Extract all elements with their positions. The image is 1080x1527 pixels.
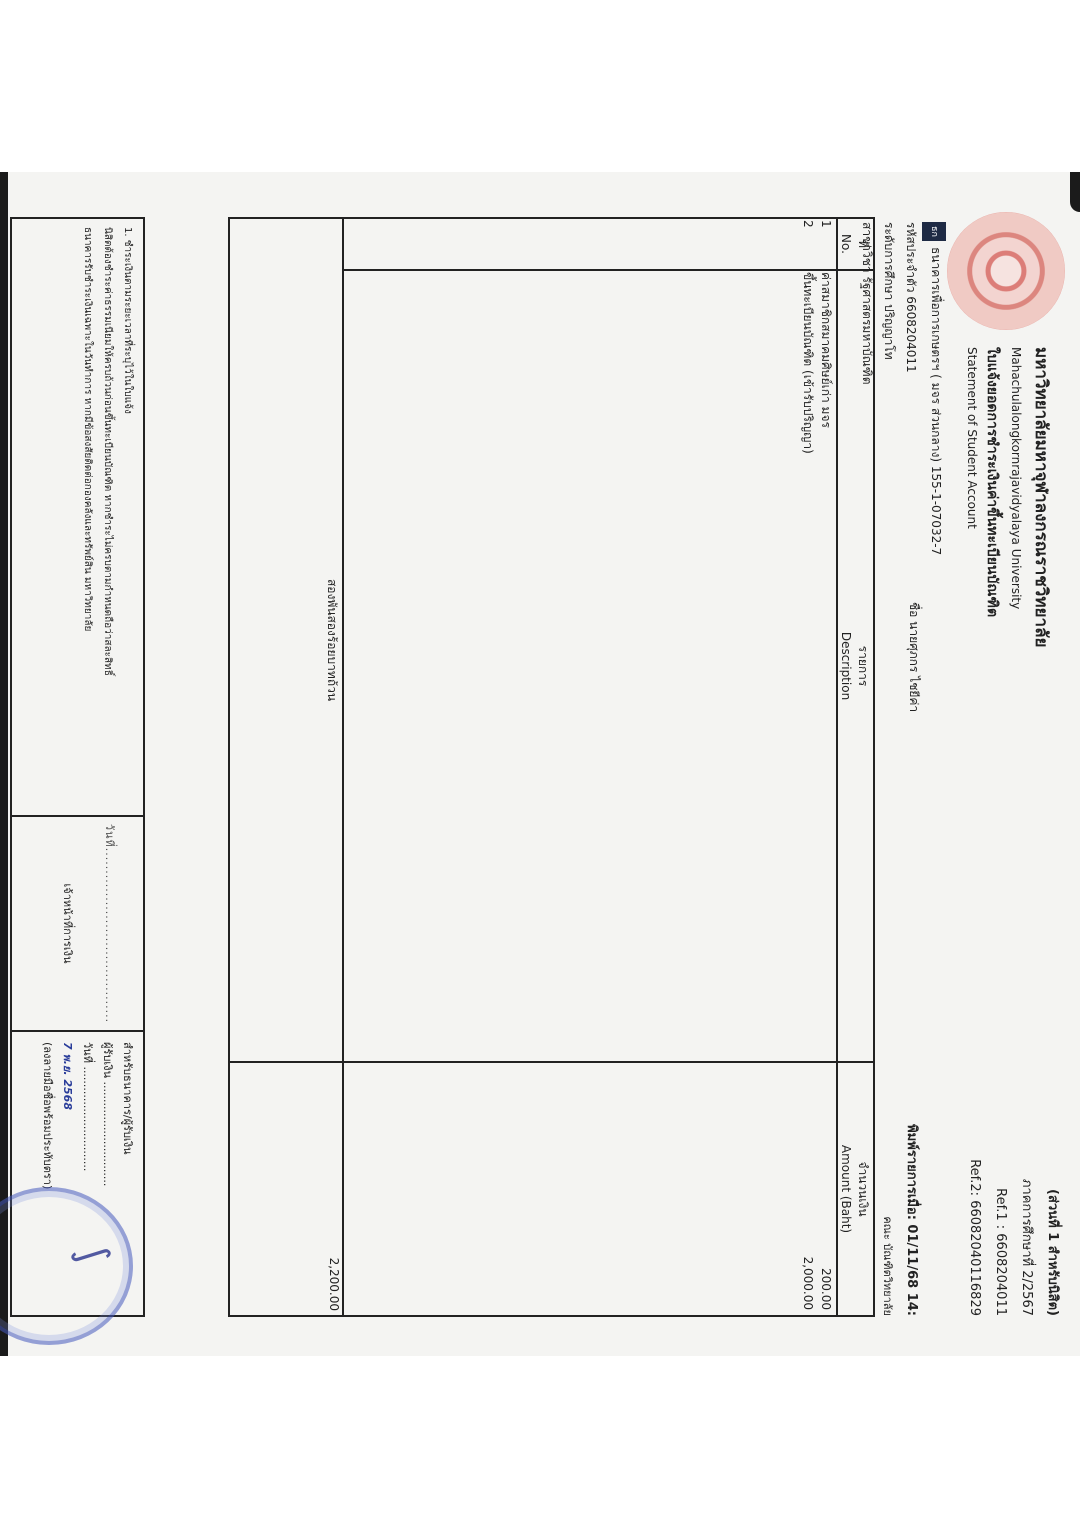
table-row-no: 1 [817,220,835,268]
officer-date: วันที่..................................… [101,817,119,1030]
table-body: 1 2 ค่าสมาชิกสมาคมศิษย์เก่า มจร ขึ้นทะเบ… [343,218,837,1316]
table-row-description: ค่าสมาชิกสมาคมศิษย์เก่า มจร [817,272,835,1060]
university-name-thai: มหาวิทยาลัยมหาจุฬาลงกรณราชวิทยาลัย [1028,347,1055,647]
finance-officer-box: วันที่..................................… [10,817,145,1032]
education-level: ระดับการศึกษา ปริญญาโท [878,222,900,555]
document-title-thai: ใบแจ้งยอดการชำระเงินค่าขึ้นทะเบียนบัณฑิต [981,347,1003,617]
table-header: ที่ No. รายการ Description จำนวนเงิน Amo… [837,218,874,1316]
column-description: รายการ Description [837,270,874,1062]
table-row-description: ขึ้นทะเบียนบัณฑิต (เข้ารับปริญญา) [799,272,817,1060]
total-row: สองพันสองร้อยบาทถ้วน 2,200.00 [229,218,343,1316]
column-no: ที่ No. [837,218,874,270]
document-title-english: Statement of Student Account [965,347,979,529]
university-name-english: Mahachulalongkornrajavidyalaya Universit… [1009,347,1023,609]
column-amount: จำนวนเงิน Amount (Baht) [837,1062,874,1316]
university-logo-icon [947,212,1065,330]
bank-logo-icon: ธก [922,222,946,241]
note-line: ธนาคารรับชำระเงินเฉพาะในวันทำการ หากมีข้… [77,227,97,807]
officer-label: เจ้าหน้าที่การเงิน [59,817,77,1030]
reference-block: (ส่วนที่ 1 สำหรับนิสิต) ภาคการศึกษาที่ 2… [961,1159,1065,1316]
table-row-amount: 200.00 [817,1064,835,1314]
student-id: รหัสประจำตัว 6608204011 [900,222,922,555]
student-name: ชื่อ นายศุภกร ไชยีค่า [903,602,925,712]
footer: 1. ชำระเงินตามระยะเวลาที่ระบุไว้ในใบแจ้ง… [10,217,145,1317]
semester: ภาคการศึกษาที่ 2/2567 [1013,1159,1039,1316]
photo-frame: มหาวิทยาลัยมหาจุฬาลงกรณราชวิทยาลัย Mahac… [0,172,1080,1356]
table-row-no: 2 [799,220,817,268]
payment-statement-document: มหาวิทยาลัยมหาจุฬาลงกรณราชวิทยาลัย Mahac… [0,172,1075,1356]
description-cell: ค่าสมาชิกสมาคมศิษย์เก่า มจร ขึ้นทะเบียนบ… [343,270,837,1062]
table-row-amount: 2,000.00 [799,1064,817,1314]
notes-box: 1. ชำระเงินตามระยะเวลาที่ระบุไว้ในใบแจ้ง… [10,217,145,817]
ref-2: Ref.2: 66082040116829 [961,1159,987,1316]
no-cell: 1 2 [343,218,837,270]
note-line: 1. ชำระเงินตามระยะเวลาที่ระบุไว้ในใบแจ้ง [117,227,137,807]
note-line: นิสิตต้องชำระค่าธรรมเนียมให้ครบถ้วนก่อนข… [97,227,117,807]
bank-receipt-box: สำหรับธนาคาร/ผู้รับเงิน ผู้รับเงิน .....… [10,1032,145,1317]
items-table: ที่ No. รายการ Description จำนวนเงิน Amo… [228,217,875,1317]
total-amount: 2,200.00 [229,1062,343,1316]
total-in-words: สองพันสองร้อยบาทถ้วน [229,218,343,1062]
print-info: พิมพ์รายการเมื่อ: 01/11/68 14: คณะ บัณฑิ… [875,1124,923,1316]
amount-cell: 200.00 2,000.00 [343,1062,837,1316]
faculty: คณะ บัณฑิตวิทยาลัย [875,1124,899,1316]
bank-account: ธนาคารเพื่อการเกษตรฯ ( มจร ส่วนกลาง) 155… [929,247,943,555]
printed-at: พิมพ์รายการเมื่อ: 01/11/68 14: [899,1124,923,1316]
ref-1: Ref.1 : 6608204011 [987,1159,1013,1316]
copy-label: (ส่วนที่ 1 สำหรับนิสิต) [1039,1159,1065,1316]
